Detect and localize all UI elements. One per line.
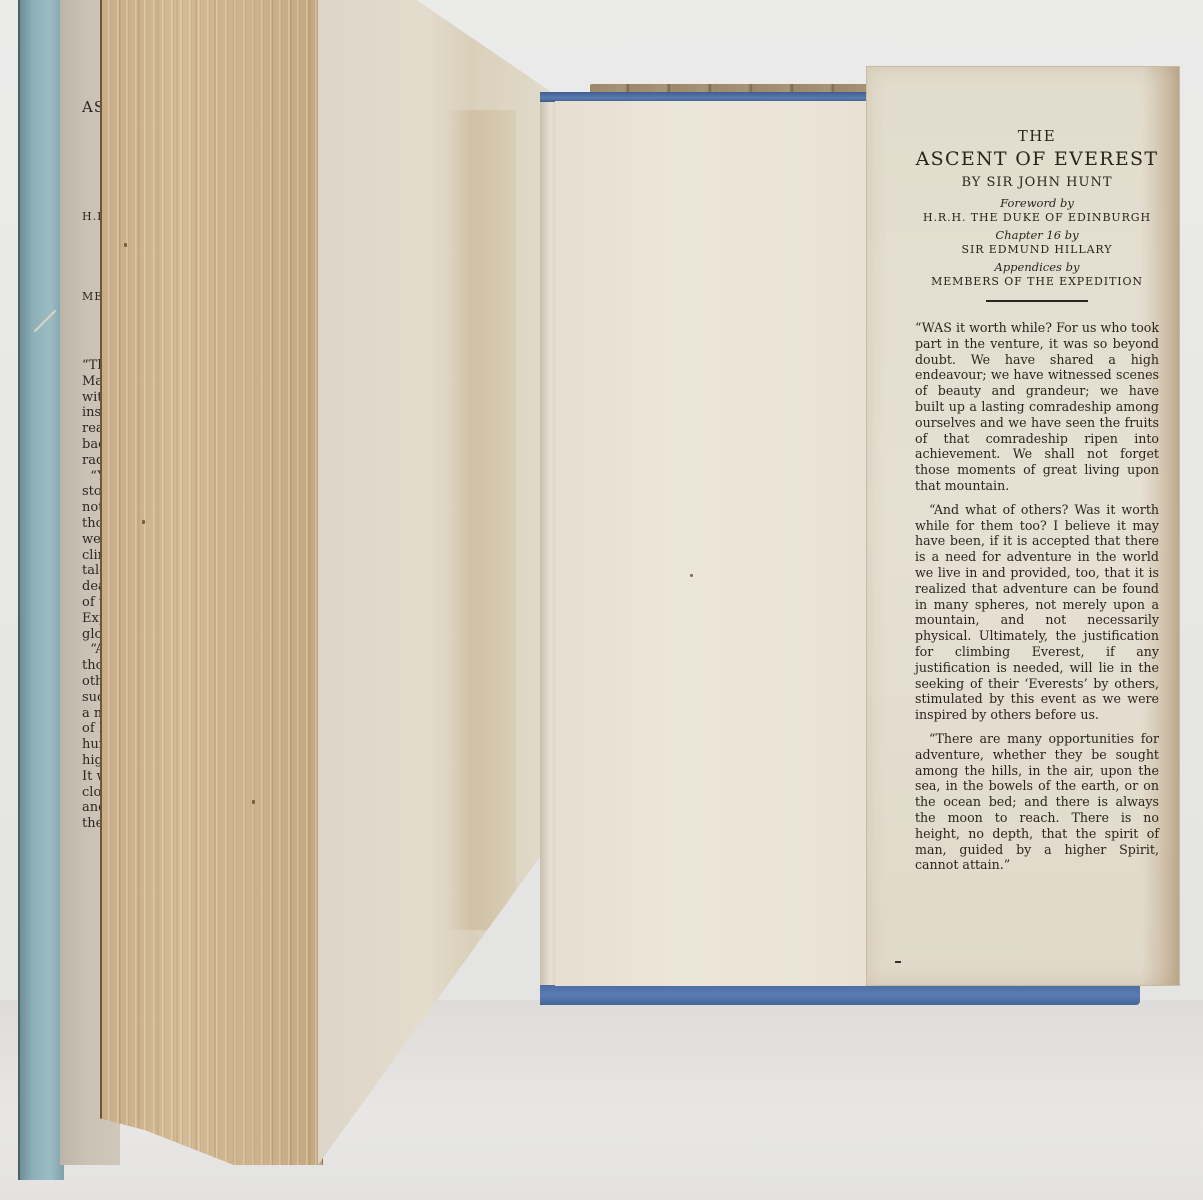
foxing-spot <box>124 243 127 247</box>
left-book-cloth-board <box>18 0 64 1180</box>
endpaper-mark <box>690 574 693 577</box>
foxing-spot <box>142 520 145 524</box>
dust-jacket-front-flap: THE ASCENT OF EVEREST BY SIR JOHN HUNT F… <box>866 66 1180 986</box>
flap-appendices-by: MEMBERS OF THE EXPEDITION <box>915 275 1159 288</box>
board-wear-mark <box>34 310 57 333</box>
flap-quote-paragraph-1: “WAS it worth while? For us who took par… <box>915 320 1159 494</box>
book-page-edges <box>100 0 323 1165</box>
flap-divider-rule <box>986 300 1088 302</box>
flap-foreword-label: Foreword by <box>915 196 1159 210</box>
flap-title-article: THE <box>915 127 1159 145</box>
blue-cloth-board-bottom-edge <box>540 985 1140 1005</box>
flap-chapter-label: Chapter 16 by <box>915 228 1159 242</box>
flap-quote-paragraph-2: “And what of others? Was it worth while … <box>915 502 1159 723</box>
flap-book-title: ASCENT OF EVEREST <box>915 148 1159 170</box>
free-endpaper <box>555 101 870 986</box>
flap-ink-mark <box>895 961 901 963</box>
foxing-spot <box>252 800 255 804</box>
flap-appendices-label: Appendices by <box>915 260 1159 274</box>
endpaper-foxing-stain <box>446 110 516 930</box>
flap-quote-paragraph-3: “There are many opportunities for advent… <box>915 731 1159 873</box>
flap-foreword-by: H.R.H. THE DUKE OF EDINBURGH <box>915 211 1159 224</box>
flap-text-block: THE ASCENT OF EVEREST BY SIR JOHN HUNT F… <box>915 127 1159 881</box>
flap-chapter-by: SIR EDMUND HILLARY <box>915 243 1159 256</box>
flap-author: BY SIR JOHN HUNT <box>915 175 1159 190</box>
